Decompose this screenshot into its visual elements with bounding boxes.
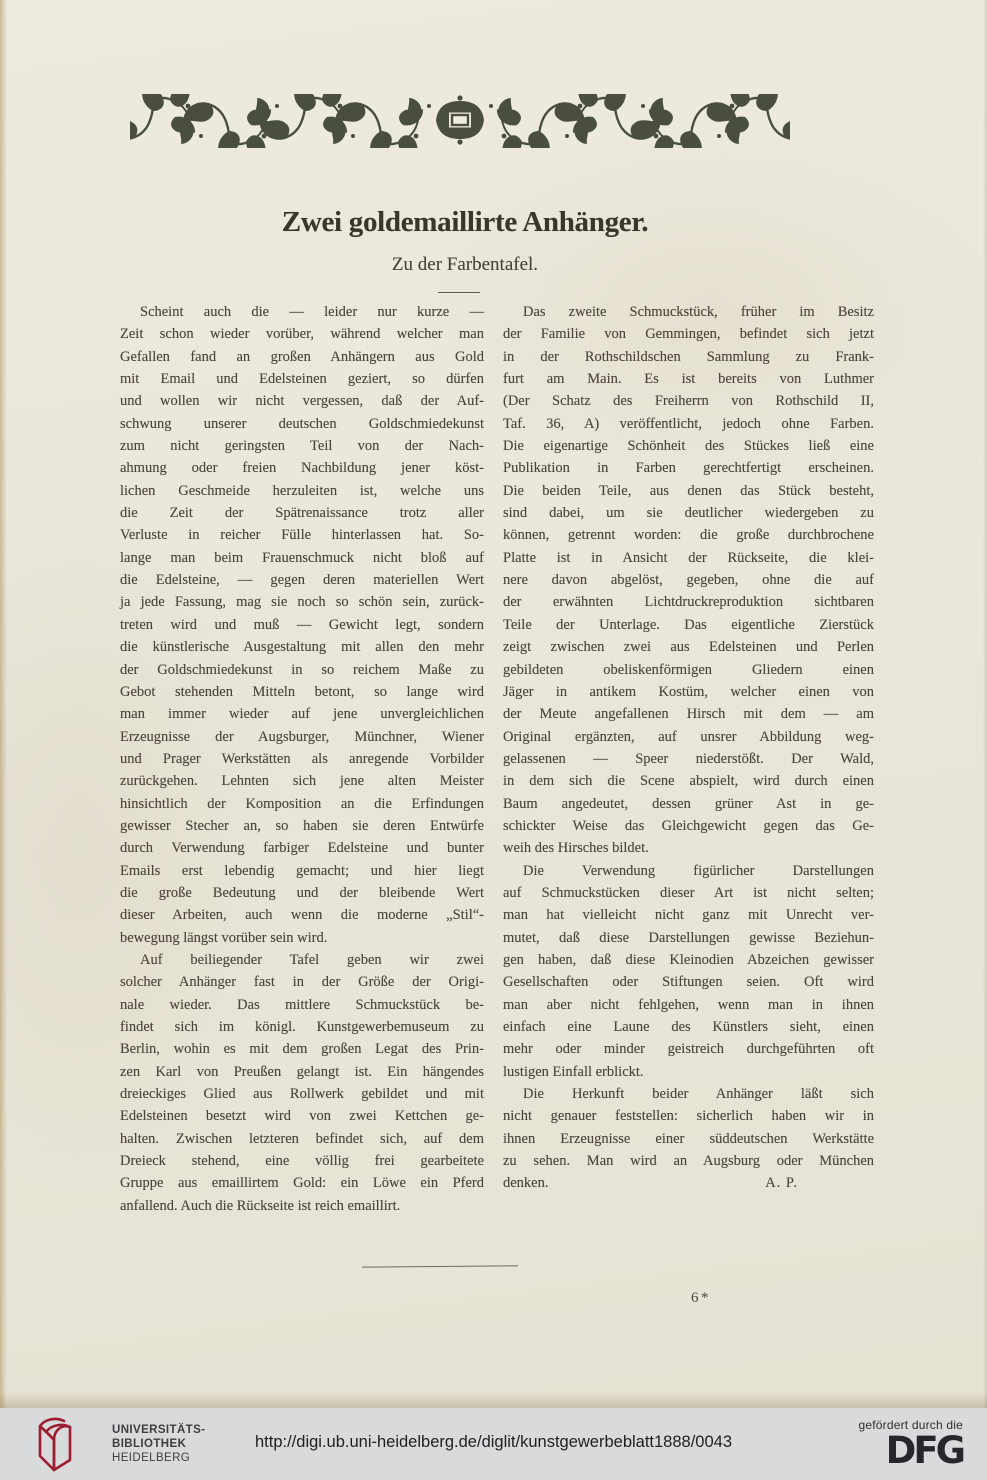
- text-line: Die beiden Teile, aus denen das Stück be…: [503, 480, 874, 502]
- text-line: Verluste in reicher Fülle hinterlassen h…: [120, 524, 484, 546]
- text-line: lange man beim Frauenschmuck nicht bloß …: [120, 547, 484, 569]
- text-line: Die Herkunft beider Anhänger läßt sich: [503, 1083, 874, 1105]
- text-line: gewisser Stecher an, so haben sie deren …: [120, 815, 484, 837]
- text-line: die Zeit der Spätrenaissance trotz aller: [120, 502, 484, 524]
- article-title: Zwei goldemaillirte Anhänger.: [95, 206, 835, 239]
- text-line: können, getrennt worden: die große durch…: [503, 524, 874, 546]
- text-line: gebildeten obeliskenförmigen Gliedern ei…: [503, 659, 874, 681]
- text-line: nicht genauer feststellen: sicherlich ha…: [503, 1105, 874, 1127]
- ub-heidelberg-book-icon: [28, 1416, 94, 1479]
- text-line: dreieckiges Glied aus Rollwerk gebildet …: [120, 1083, 484, 1105]
- text-line: der Familie von Gemmingen, befindet sich…: [503, 323, 874, 345]
- text-line: Das zweite Schmuckstück, früher im Besit…: [503, 301, 874, 323]
- text-line: weih des Hirsches bildet.: [503, 837, 874, 859]
- text-line: Gefallen fand an großen Anhängern aus Go…: [120, 346, 484, 368]
- footer-bar: UNIVERSITÄTS- BIBLIOTHEK HEIDELBERG http…: [0, 1408, 987, 1480]
- article-subtitle: Zu der Farbentafel.: [95, 254, 835, 276]
- text-line: Edelsteinen besetzt wird von zwei Kettch…: [120, 1105, 484, 1127]
- text-line: nale wieder. Das mittlere Schmuckstück b…: [120, 994, 484, 1016]
- text-line: Teile der Unterlage. Das eigentliche Zie…: [503, 614, 874, 636]
- text-line: lustigen Einfall erblickt.: [503, 1061, 874, 1083]
- text-line: findet sich im königl. Kunstgewerbemuseu…: [120, 1016, 484, 1038]
- text-column-left: Scheint auch die — leider nur kurze —Zei…: [120, 301, 484, 1217]
- text-line: Taf. 36, A) veröffentlicht, jedoch ohne …: [503, 413, 874, 435]
- ornament-band-icon: [130, 94, 790, 148]
- library-name-line1: UNIVERSITÄTS-: [112, 1423, 205, 1437]
- text-line: zurückgehen. Lehnten sich jene alten Mei…: [120, 770, 484, 792]
- text-line: die große Bedeutung und der bleibende We…: [120, 882, 484, 904]
- text-line: anfallend. Auch die Rückseite ist reich …: [120, 1195, 484, 1217]
- text-line: in dem sich die Scene abspielt, wird dur…: [503, 770, 874, 792]
- text-line: Original ergänzten, auf unsrer Abbildung…: [503, 726, 874, 748]
- text-line: Gebot stehenden Mitteln betont, so lange…: [120, 681, 484, 703]
- text-line: Gruppe aus emaillirtem Gold: ein Löwe ei…: [120, 1172, 484, 1194]
- text-line: man aber nicht fehlgehen, wenn man in ih…: [503, 994, 874, 1016]
- text-line: sind dabei, um sie deutlicher wiedergebe…: [503, 502, 874, 524]
- text-line: mutet, daß diese Darstellungen gewisse B…: [503, 927, 874, 949]
- text-line: der Goldschmiedekunst in so reichem Maße…: [120, 659, 484, 681]
- text-line: die Edelsteine, — gegen deren materielle…: [120, 569, 484, 591]
- library-name-line3: HEIDELBERG: [112, 1451, 205, 1465]
- page-number: 6*: [691, 1290, 711, 1307]
- text-line: solcher Anhänger fast in der Größe der O…: [120, 971, 484, 993]
- text-line: der erwähnten Lichtdruckreproduktion sic…: [503, 591, 874, 613]
- text-line: Baum angedeutet, dessen grüner Ast in ge…: [503, 793, 874, 815]
- text-line: man immer wieder auf jene unvergleichlic…: [120, 703, 484, 725]
- text-line: und Prager Werkstätten als anregende Vor…: [120, 748, 484, 770]
- text-line: dieser Arbeiten, auch wenn die moderne „…: [120, 904, 484, 926]
- text-line: Zeit schon wieder vorüber, während welch…: [120, 323, 484, 345]
- text-line: lichen Geschmeide herzuleiten ist, welch…: [120, 480, 484, 502]
- text-line: nere davon abgelöst, gegeben, ohne die a…: [503, 569, 874, 591]
- text-line: zeigt zwischen zwei aus Edelsteinen und …: [503, 636, 874, 658]
- digitized-page-view: Zwei goldemaillirte Anhänger. Zu der Far…: [0, 0, 987, 1480]
- text-line: ahmung oder freien Nachbildung jener kös…: [120, 457, 484, 479]
- text-line: gelassenen — Speer niederstößt. Der Wald…: [503, 748, 874, 770]
- text-line: Berlin, wohin es mit dem großen Legat de…: [120, 1038, 484, 1060]
- text-line: Auf beiliegender Tafel geben wir zwei: [120, 949, 484, 971]
- text-line: denken.A. P.: [503, 1172, 874, 1194]
- end-of-article-divider: [362, 1265, 518, 1267]
- text-line: man hat vielleicht nicht ganz mit Unrech…: [503, 904, 874, 926]
- text-line: Erzeugnisse der Augsburger, Münchner, Wi…: [120, 726, 484, 748]
- text-line: zen Karl von Preußen gelangt ist. Ein hä…: [120, 1061, 484, 1083]
- text-line: furt am Main. Es ist bereits von Luthmer: [503, 368, 874, 390]
- text-line: halten. Zwischen letzteren befindet sich…: [120, 1128, 484, 1150]
- text-line: hinsichtlich der Komposition an die Erfi…: [120, 793, 484, 815]
- text-line: Dreieck stehend, eine völlig frei gearbe…: [120, 1150, 484, 1172]
- text-line: Scheint auch die — leider nur kurze —: [120, 301, 484, 323]
- page-edge: [983, 0, 987, 1408]
- text-line: gen haben, daß diese Kleinodien Abzeiche…: [503, 949, 874, 971]
- text-line: treten wird und muß — Gewicht legt, sond…: [120, 614, 484, 636]
- text-line: Platte ist in Ansicht der Rückseite, die…: [503, 547, 874, 569]
- text-line: durch Verwendung farbiger Edelsteine und…: [120, 837, 484, 859]
- dfg-logo: DFG: [858, 1433, 963, 1468]
- article-body: Scheint auch die — leider nur kurze —Zei…: [120, 301, 874, 1217]
- text-line: (Der Schatz des Freiherrn von Rothschild…: [503, 390, 874, 412]
- funding-block: gefördert durch die DFG: [858, 1418, 963, 1468]
- source-url: http://digi.ub.uni-heidelberg.de/diglit/…: [255, 1433, 732, 1452]
- text-line: schwung unserer deutschen Goldschmiedeku…: [120, 413, 484, 435]
- text-column-right: Das zweite Schmuckstück, früher im Besit…: [503, 301, 874, 1217]
- text-line: mehr oder minder geistreich durchgeführt…: [503, 1038, 874, 1060]
- author-initials: A. P.: [765, 1172, 874, 1194]
- text-line: Jäger in antikem Kostüm, welcher einen v…: [503, 681, 874, 703]
- subtitle-divider: [438, 292, 480, 293]
- text-line: und wollen wir nicht vergessen, daß der …: [120, 390, 484, 412]
- text-line: ihnen Erzeugnisse einer süddeutschen Wer…: [503, 1128, 874, 1150]
- text-line: ja jede Fassung, mag sie noch so schön s…: [120, 591, 484, 613]
- text-line: in der Rothschildschen Sammlung zu Frank…: [503, 346, 874, 368]
- text-line: Publikation in Farben gerechtfertigt ers…: [503, 457, 874, 479]
- text-line: bewegung längst vorüber sein wird.: [120, 927, 484, 949]
- library-name: UNIVERSITÄTS- BIBLIOTHEK HEIDELBERG: [112, 1423, 205, 1465]
- text-line: die künstlerische Ausgestaltung mit alle…: [120, 636, 484, 658]
- text-line: mit Email und Edelsteinen geziert, so dü…: [120, 368, 484, 390]
- text-line-fragment: denken.: [503, 1172, 549, 1194]
- library-name-line2: BIBLIOTHEK: [112, 1437, 205, 1451]
- text-line: der Meute angefallenen Hirsch mit dem — …: [503, 703, 874, 725]
- text-line: auf Schmuckstücken dieser Art ist nicht …: [503, 882, 874, 904]
- scanned-paper: Zwei goldemaillirte Anhänger. Zu der Far…: [0, 0, 987, 1408]
- text-line: Die eigenartige Schönheit des Stückes li…: [503, 435, 874, 457]
- text-line: zu sehen. Man wird an Augsburg oder Münc…: [503, 1150, 874, 1172]
- text-line: Emails erst lebendig gemacht; und hier l…: [120, 860, 484, 882]
- text-line: zum nicht geringsten Teil von der Nach-: [120, 435, 484, 457]
- text-line: schickter Weise das Gleichgewicht gegen …: [503, 815, 874, 837]
- text-line: Gesellschaften oder Stiftungen seien. Of…: [503, 971, 874, 993]
- text-line: Die Verwendung figürlicher Darstellungen: [503, 860, 874, 882]
- text-line: einfach eine Laune des Künstlers sieht, …: [503, 1016, 874, 1038]
